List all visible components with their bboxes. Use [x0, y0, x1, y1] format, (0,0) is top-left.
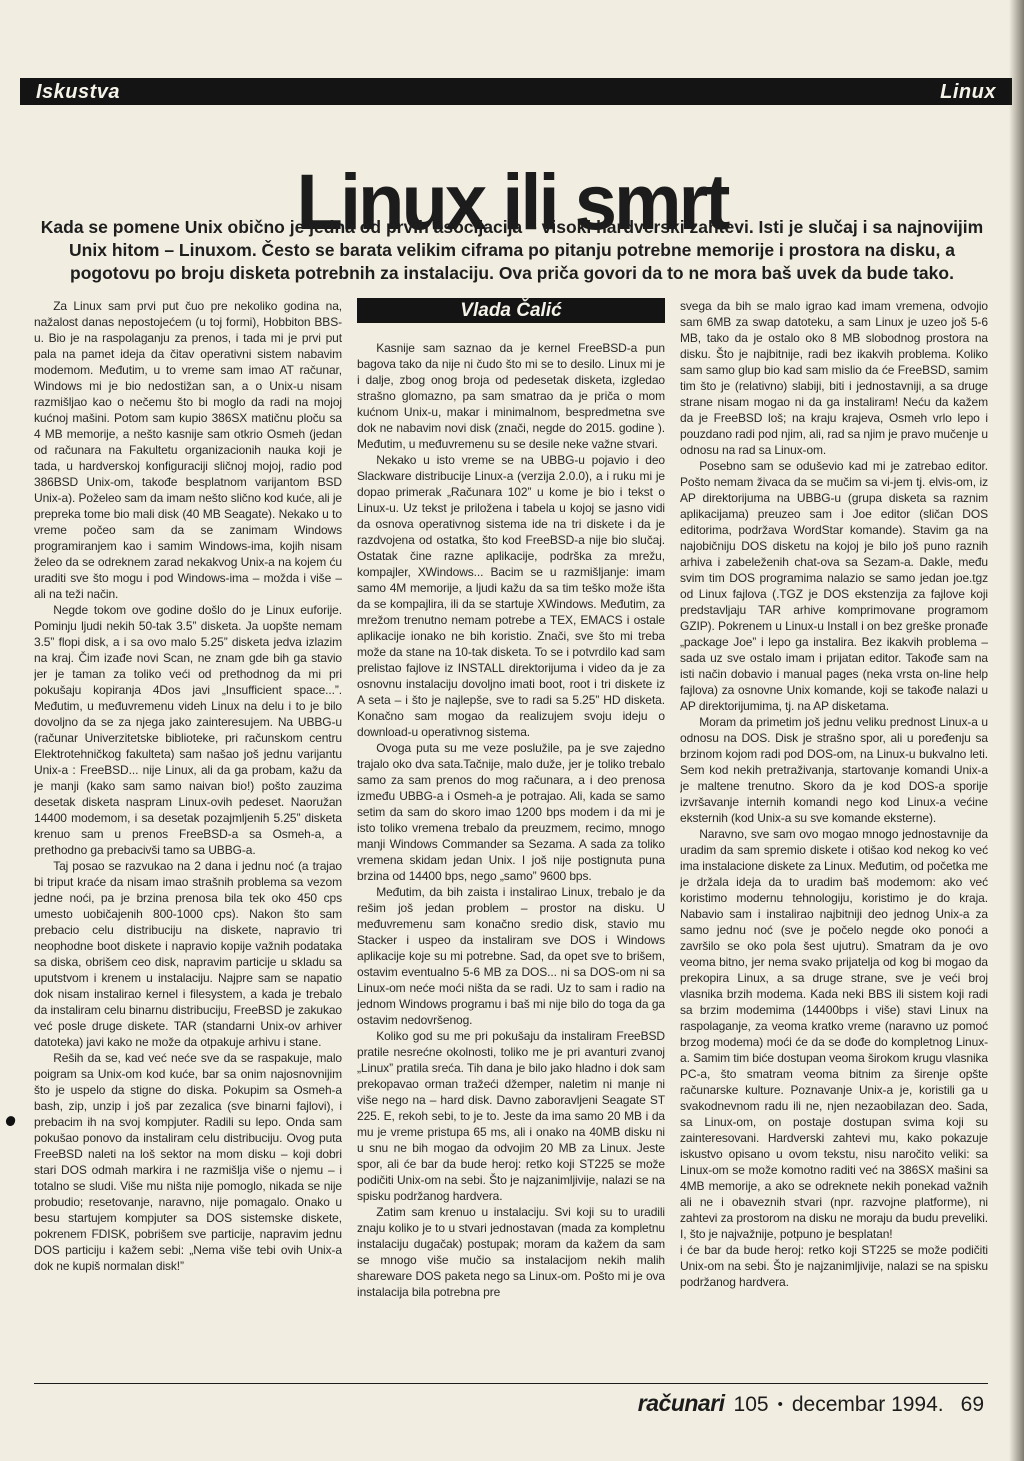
- article-body: Za Linux sam prvi put čuo pre nekoliko g…: [34, 298, 988, 1378]
- magazine-page: Iskustva Linux Linux ili smrt Kada se po…: [0, 0, 1024, 1461]
- footer-rule: [34, 1383, 988, 1384]
- article-paragraph: Taj posao se razvukao na 2 dana i jednu …: [34, 858, 342, 1050]
- article-paragraph: Reših da se, kad već neće sve da se rasp…: [34, 1050, 342, 1274]
- author-bar: Vlada Čalić: [357, 298, 665, 323]
- article-paragraph: Negde tokom ove godine došlo do je Linux…: [34, 602, 342, 858]
- article-paragraph: i će bar da bude heroj: retko koji ST225…: [680, 1242, 988, 1290]
- article-paragraph: Zatim sam krenuo u instalaciju. Svi koji…: [357, 1204, 665, 1300]
- topic-label: Linux: [940, 82, 996, 102]
- article-paragraph: Posebno sam se oduševio kad mi je zatreb…: [680, 458, 988, 714]
- article-column-middle-text: Kasnije sam saznao da je kernel FreeBSD-…: [357, 340, 665, 1300]
- article-paragraph: Međutim, da bih zaista i instalirao Linu…: [357, 884, 665, 1028]
- article-paragraph: svega da bih se malo igrao kad imam vrem…: [680, 298, 988, 458]
- article-paragraph: Ovoga puta su me veze poslužile, pa je s…: [357, 740, 665, 884]
- footer-line: računari 105 • decembar 1994. 69: [638, 1390, 984, 1417]
- issue-date: decembar 1994.: [792, 1393, 944, 1417]
- issue-number: 105: [734, 1393, 769, 1417]
- article-paragraph: Kasnije sam saznao da je kernel FreeBSD-…: [357, 340, 665, 452]
- magazine-name: računari: [638, 1390, 725, 1417]
- article-paragraph: Moram da primetim još jednu veliku predn…: [680, 714, 988, 826]
- article-paragraph: Nekako u isto vreme se na UBBG-u pojavio…: [357, 452, 665, 740]
- bullet-separator-icon: •: [778, 1396, 783, 1413]
- section-header-bar: Iskustva Linux: [20, 78, 1012, 105]
- margin-ink-mark: [5, 1115, 17, 1127]
- article-paragraph: Za Linux sam prvi put čuo pre nekoliko g…: [34, 298, 342, 602]
- section-label: Iskustva: [36, 82, 120, 102]
- page-number: 69: [961, 1393, 984, 1417]
- article-paragraph: Naravno, sve sam ovo mogao mnogo jednost…: [680, 826, 988, 1242]
- article-paragraph: Koliko god su me pri pokušaju da instali…: [357, 1028, 665, 1204]
- article-column-left: Za Linux sam prvi put čuo pre nekoliko g…: [34, 298, 342, 1378]
- author-name: Vlada Čalić: [460, 301, 561, 320]
- article-column-right: svega da bih se malo igrao kad imam vrem…: [680, 298, 988, 1378]
- article-column-middle: Vlada Čalić Kasnije sam saznao da je ker…: [357, 298, 665, 1378]
- article-standfirst: Kada se pomene Unix obično je jedna od p…: [37, 216, 987, 286]
